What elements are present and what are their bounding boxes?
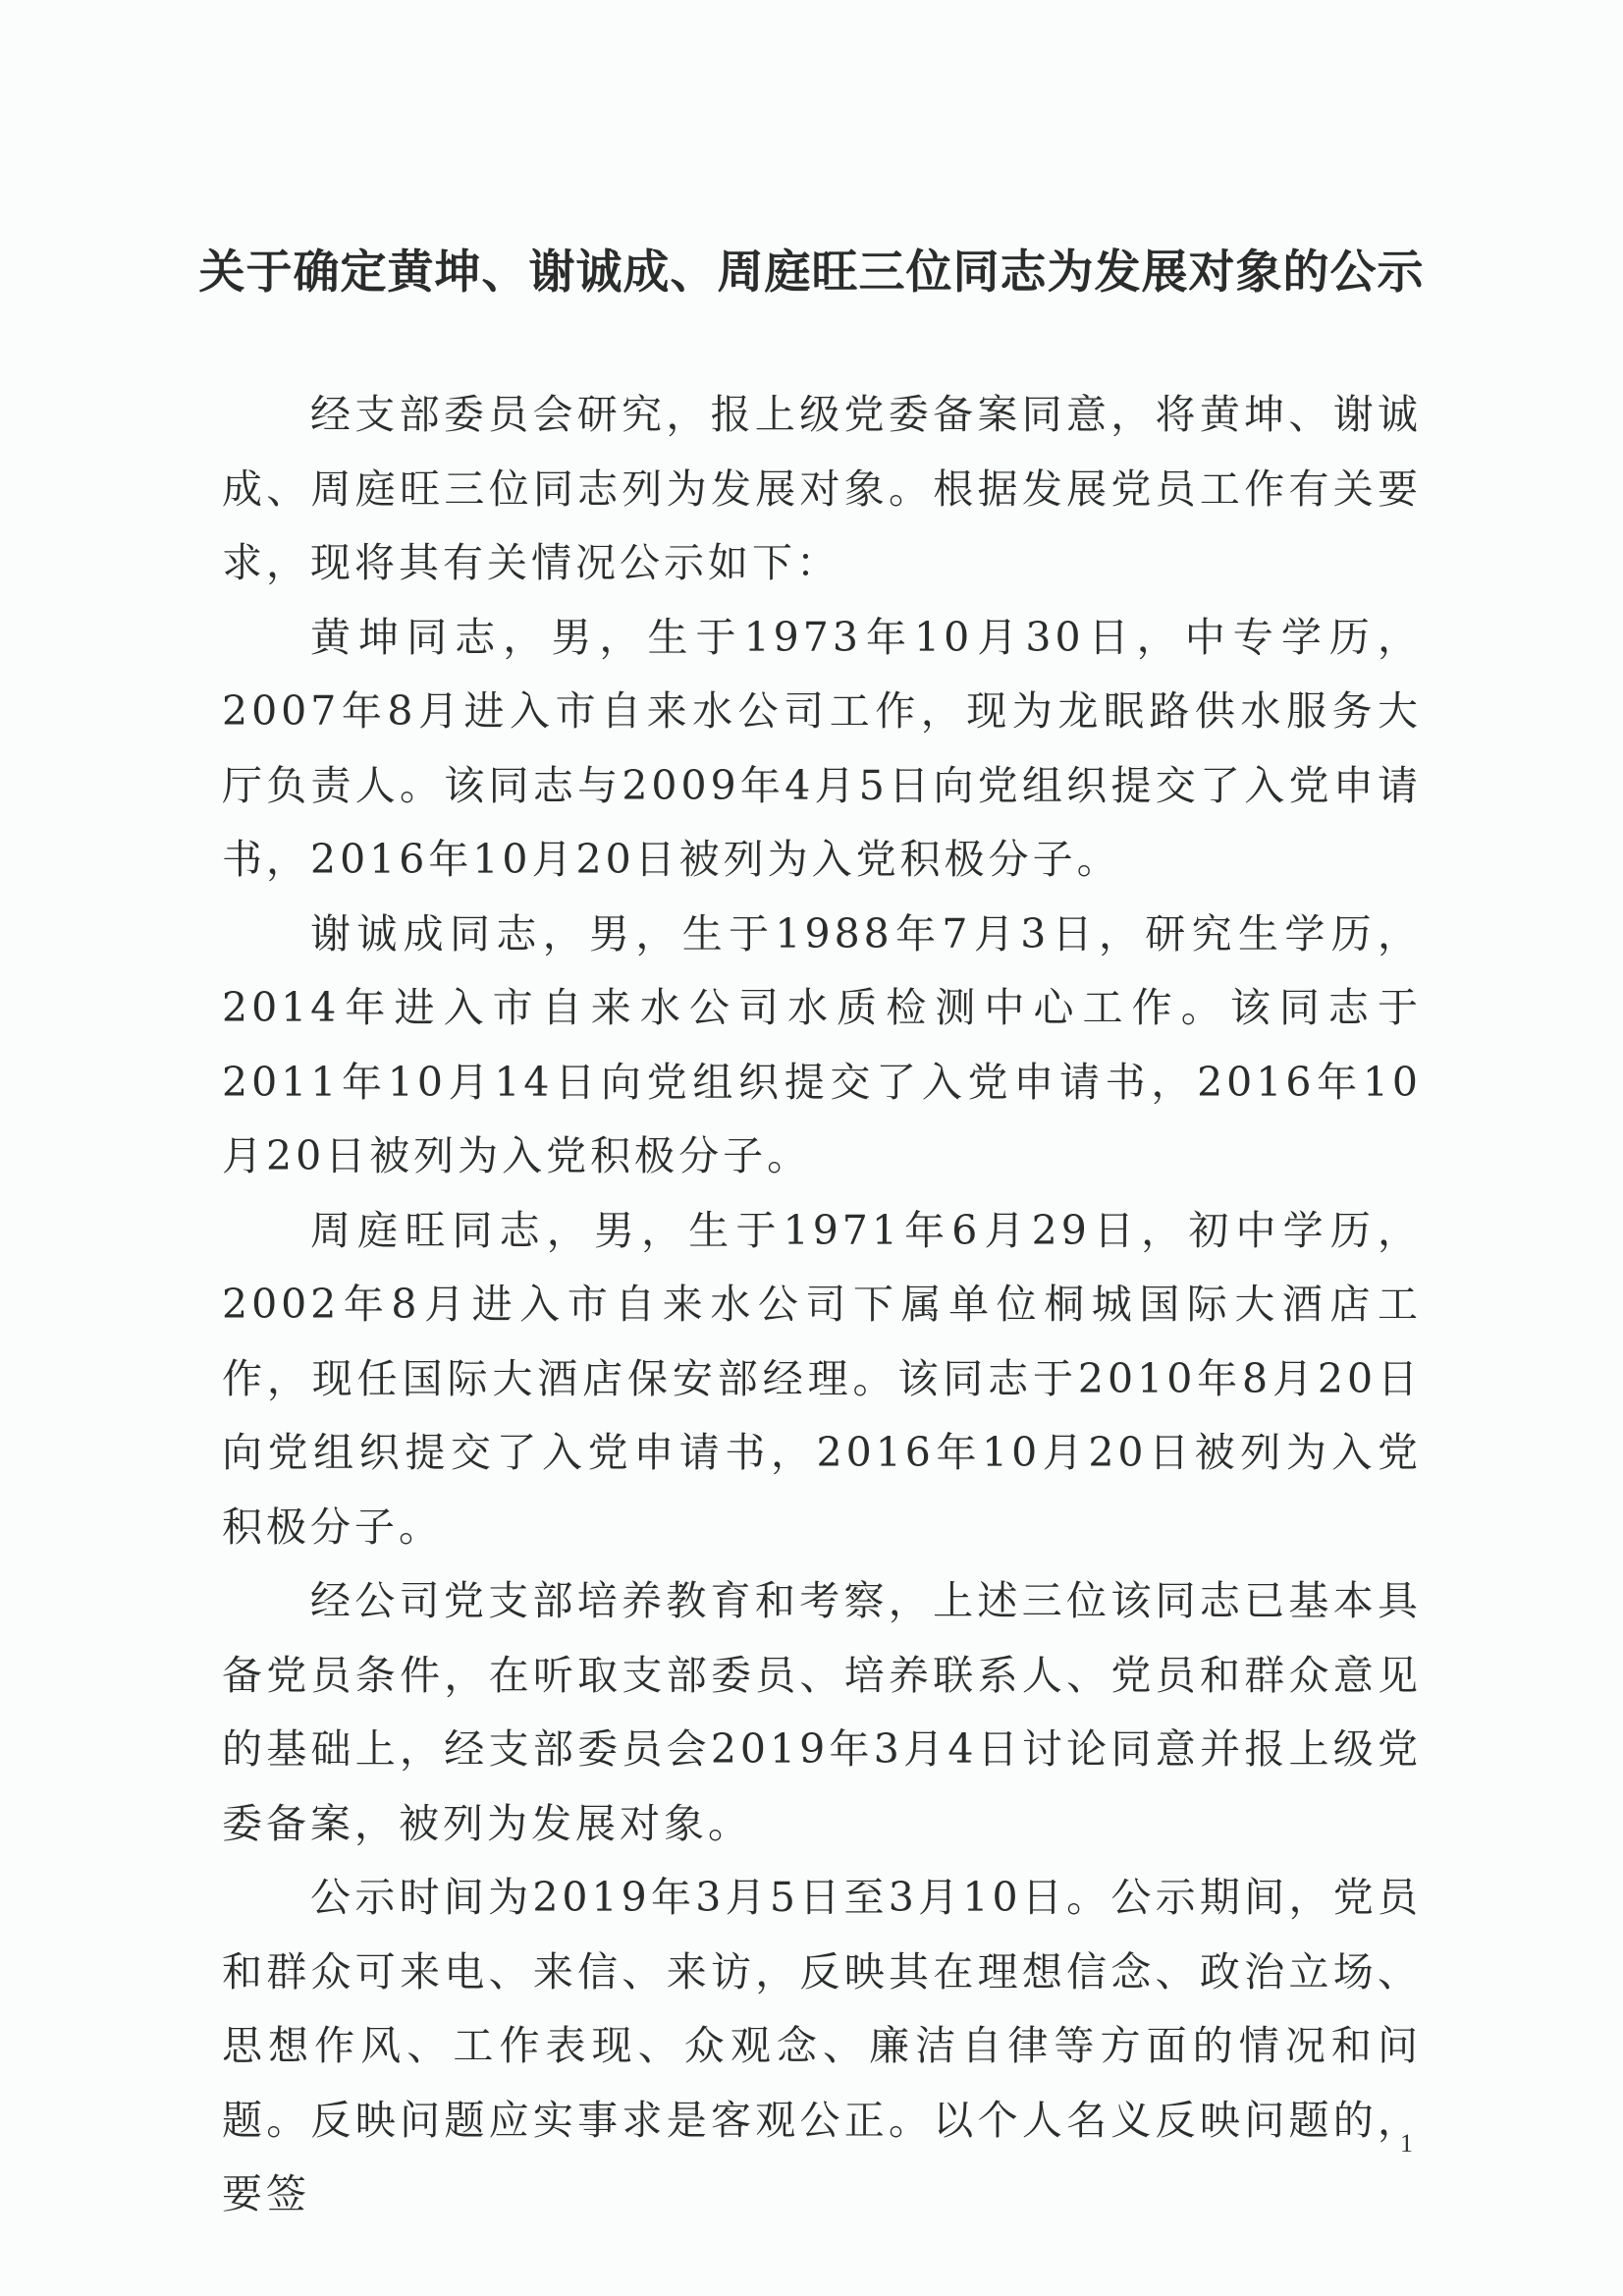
paragraph-intro: 经支部委员会研究，报上级党委备案同意，将黄坤、谢诚成、周庭旺三位同志列为发展对象… (222, 378, 1422, 601)
paragraph-publicity-period: 公示时间为2019年3月5日至3月10日。公示期间，党员和群众可来电、来信、来访… (222, 1861, 1422, 2232)
page-number: 1 (1400, 2129, 1413, 2159)
paragraph-huang-kun: 黄坤同志，男，生于1973年10月30日，中专学历，2007年8月进入市自来水公… (222, 601, 1422, 898)
paragraph-xie-chengcheng: 谢诚成同志，男，生于1988年7月3日，研究生学历，2014年进入市自来水公司水… (222, 898, 1422, 1194)
document-page: 关于确定黄坤、谢诚成、周庭旺三位同志为发展对象的公示 经支部委员会研究，报上级党… (0, 0, 1623, 2296)
paragraph-evaluation: 经公司党支部培养教育和考察，上述三位该同志已基本具备党员条件，在听取支部委员、培… (222, 1564, 1422, 1861)
paragraph-zhou-tingwang: 周庭旺同志，男，生于1971年6月29日，初中学历，2002年8月进入市自来水公… (222, 1194, 1422, 1565)
document-title: 关于确定黄坤、谢诚成、周庭旺三位同志为发展对象的公示 (0, 244, 1623, 302)
document-body: 经支部委员会研究，报上级党委备案同意，将黄坤、谢诚成、周庭旺三位同志列为发展对象… (222, 378, 1422, 2232)
